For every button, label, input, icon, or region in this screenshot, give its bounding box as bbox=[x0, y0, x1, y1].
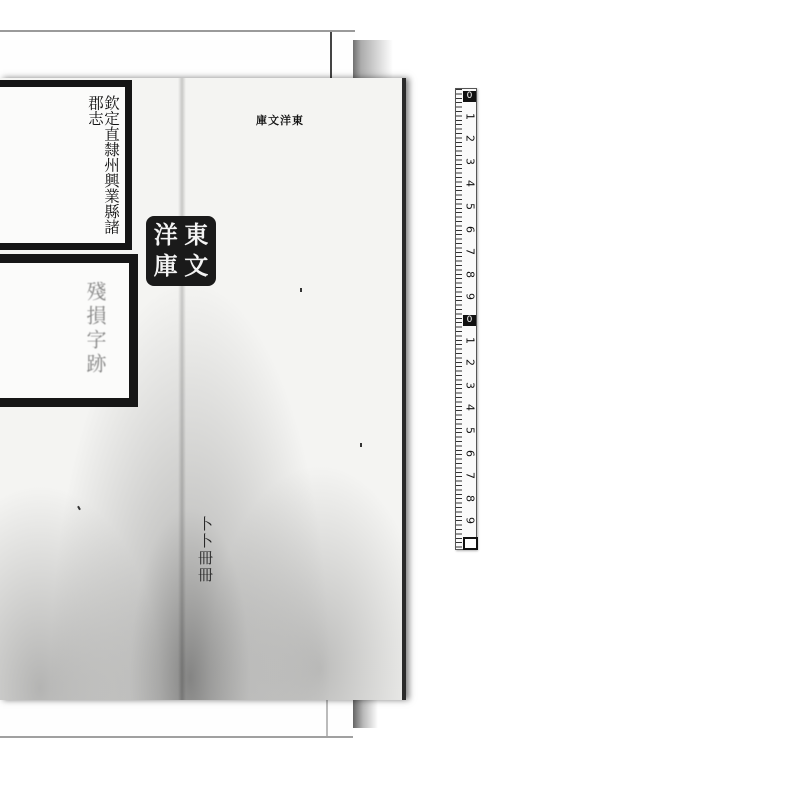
ruler-number: 1 bbox=[464, 110, 477, 122]
title-slip-frame: 欽定直隸州興業縣諸郡志 bbox=[0, 80, 132, 250]
ruler-end-marker bbox=[463, 537, 478, 550]
ruler-number: 6 bbox=[464, 223, 477, 235]
marginal-note: 卜卜冊冊 bbox=[195, 516, 216, 584]
ruler-number: 1 bbox=[464, 334, 477, 346]
book-cover-page: 欽定直隸州興業縣諸郡志 殘損字跡 庫文洋東 洋 東 庫 文 卜卜冊冊 bbox=[0, 78, 406, 700]
measurement-ruler: 0 0 123456789123456789 bbox=[455, 88, 477, 550]
ruler-ticks bbox=[456, 89, 462, 549]
seal-char: 庫 bbox=[152, 253, 180, 281]
ruler-number: 7 bbox=[464, 246, 477, 258]
seal-char: 文 bbox=[183, 253, 211, 281]
ruler-number: 7 bbox=[464, 470, 477, 482]
ruler-number: 9 bbox=[464, 515, 477, 527]
center-fold bbox=[178, 78, 186, 700]
ruler-mid-marker: 0 bbox=[463, 315, 476, 326]
ruler-number: 8 bbox=[464, 268, 477, 280]
library-label: 庫文洋東 bbox=[256, 112, 304, 128]
damaged-label-frame: 殘損字跡 bbox=[0, 254, 138, 407]
paper-strip-top bbox=[0, 30, 355, 80]
paper-strip-bottom bbox=[0, 700, 353, 738]
ruler-number: 3 bbox=[464, 155, 477, 167]
ruler-start-marker: 0 bbox=[463, 91, 476, 102]
ruler-number: 9 bbox=[464, 291, 477, 303]
ruler-number: 8 bbox=[464, 492, 477, 504]
library-seal-stamp: 洋 東 庫 文 bbox=[146, 216, 216, 286]
ruler-number: 4 bbox=[464, 178, 477, 190]
ink-speck bbox=[77, 506, 81, 510]
ruler-number: 6 bbox=[464, 447, 477, 459]
seal-char: 東 bbox=[183, 222, 211, 250]
ink-speck bbox=[360, 443, 362, 447]
ruler-number: 4 bbox=[464, 402, 477, 414]
shadow-top bbox=[353, 40, 393, 78]
ruler-number: 2 bbox=[464, 133, 477, 145]
shadow-bottom bbox=[353, 700, 378, 728]
faded-label-text: 殘損字跡 bbox=[10, 281, 110, 381]
ruler-number: 2 bbox=[464, 357, 477, 369]
seal-char: 洋 bbox=[152, 222, 180, 250]
ruler-number: 5 bbox=[464, 201, 477, 213]
title-text: 欽定直隸州興業縣諸郡志 bbox=[103, 95, 119, 243]
ink-speck bbox=[300, 288, 302, 292]
ruler-number: 5 bbox=[464, 425, 477, 437]
ruler-number: 3 bbox=[464, 379, 477, 391]
